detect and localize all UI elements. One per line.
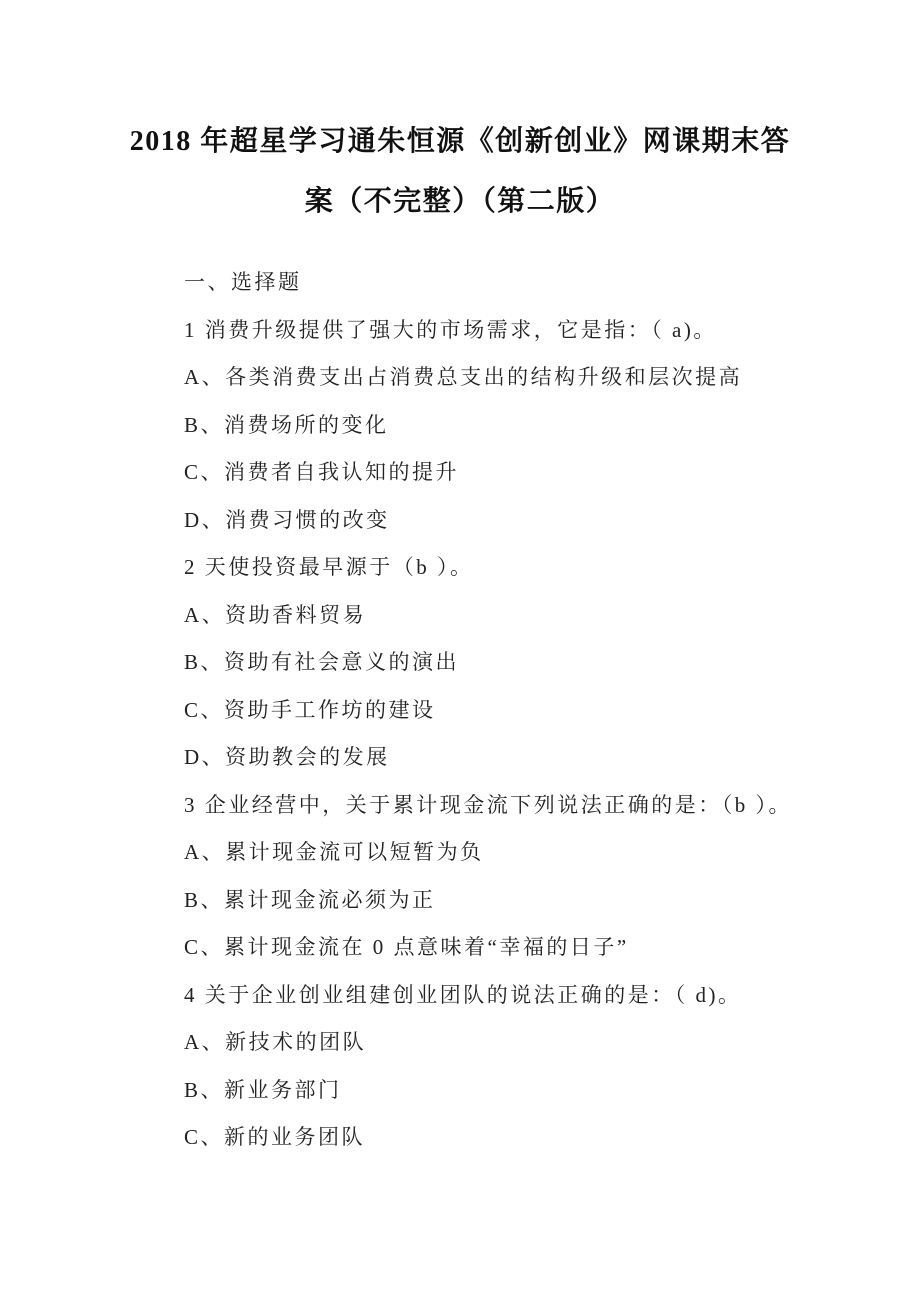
question-4-text: 4 关于企业创业组建创业团队的说法正确的是：（ d)。 [184, 972, 850, 1020]
question-2-option-a: A、资助香料贸易 [184, 592, 850, 640]
question-1-option-b: B、消费场所的变化 [184, 402, 850, 450]
section-heading: 一、选择题 [184, 259, 850, 307]
question-3-text: 3 企业经营中，关于累计现金流下列说法正确的是：（b ）。 [184, 782, 850, 830]
question-1-text: 1 消费升级提供了强大的市场需求，它是指：（ a)。 [184, 307, 850, 355]
question-2-option-b: B、资助有社会意义的演出 [184, 639, 850, 687]
document-title: 2018 年超星学习通朱恒源《创新创业》网课期末答 案（不完整）（第二版） [0, 0, 920, 232]
question-4-option-c: C、新的业务团队 [184, 1114, 850, 1162]
question-1-option-d: D、消费习惯的改变 [184, 497, 850, 545]
question-3-option-c: C、累计现金流在 0 点意味着“幸福的日子” [184, 924, 850, 972]
document-body: 一、选择题 1 消费升级提供了强大的市场需求，它是指：（ a)。 A、各类消费支… [0, 259, 920, 1162]
question-4-option-b: B、新业务部门 [184, 1067, 850, 1115]
document-title-line-2: 案（不完整）（第二版） [70, 172, 850, 232]
document-page: 2018 年超星学习通朱恒源《创新创业》网课期末答 案（不完整）（第二版） 一、… [0, 0, 920, 1302]
question-2-text: 2 天使投资最早源于（b ）。 [184, 544, 850, 592]
document-title-line-1: 2018 年超星学习通朱恒源《创新创业》网课期末答 [70, 112, 850, 172]
question-4-option-a: A、新技术的团队 [184, 1019, 850, 1067]
question-3-option-a: A、累计现金流可以短暂为负 [184, 829, 850, 877]
question-3-option-b: B、累计现金流必须为正 [184, 877, 850, 925]
question-2-option-d: D、资助教会的发展 [184, 734, 850, 782]
question-1-option-c: C、消费者自我认知的提升 [184, 449, 850, 497]
question-1-option-a: A、各类消费支出占消费总支出的结构升级和层次提高 [184, 354, 850, 402]
question-2-option-c: C、资助手工作坊的建设 [184, 687, 850, 735]
